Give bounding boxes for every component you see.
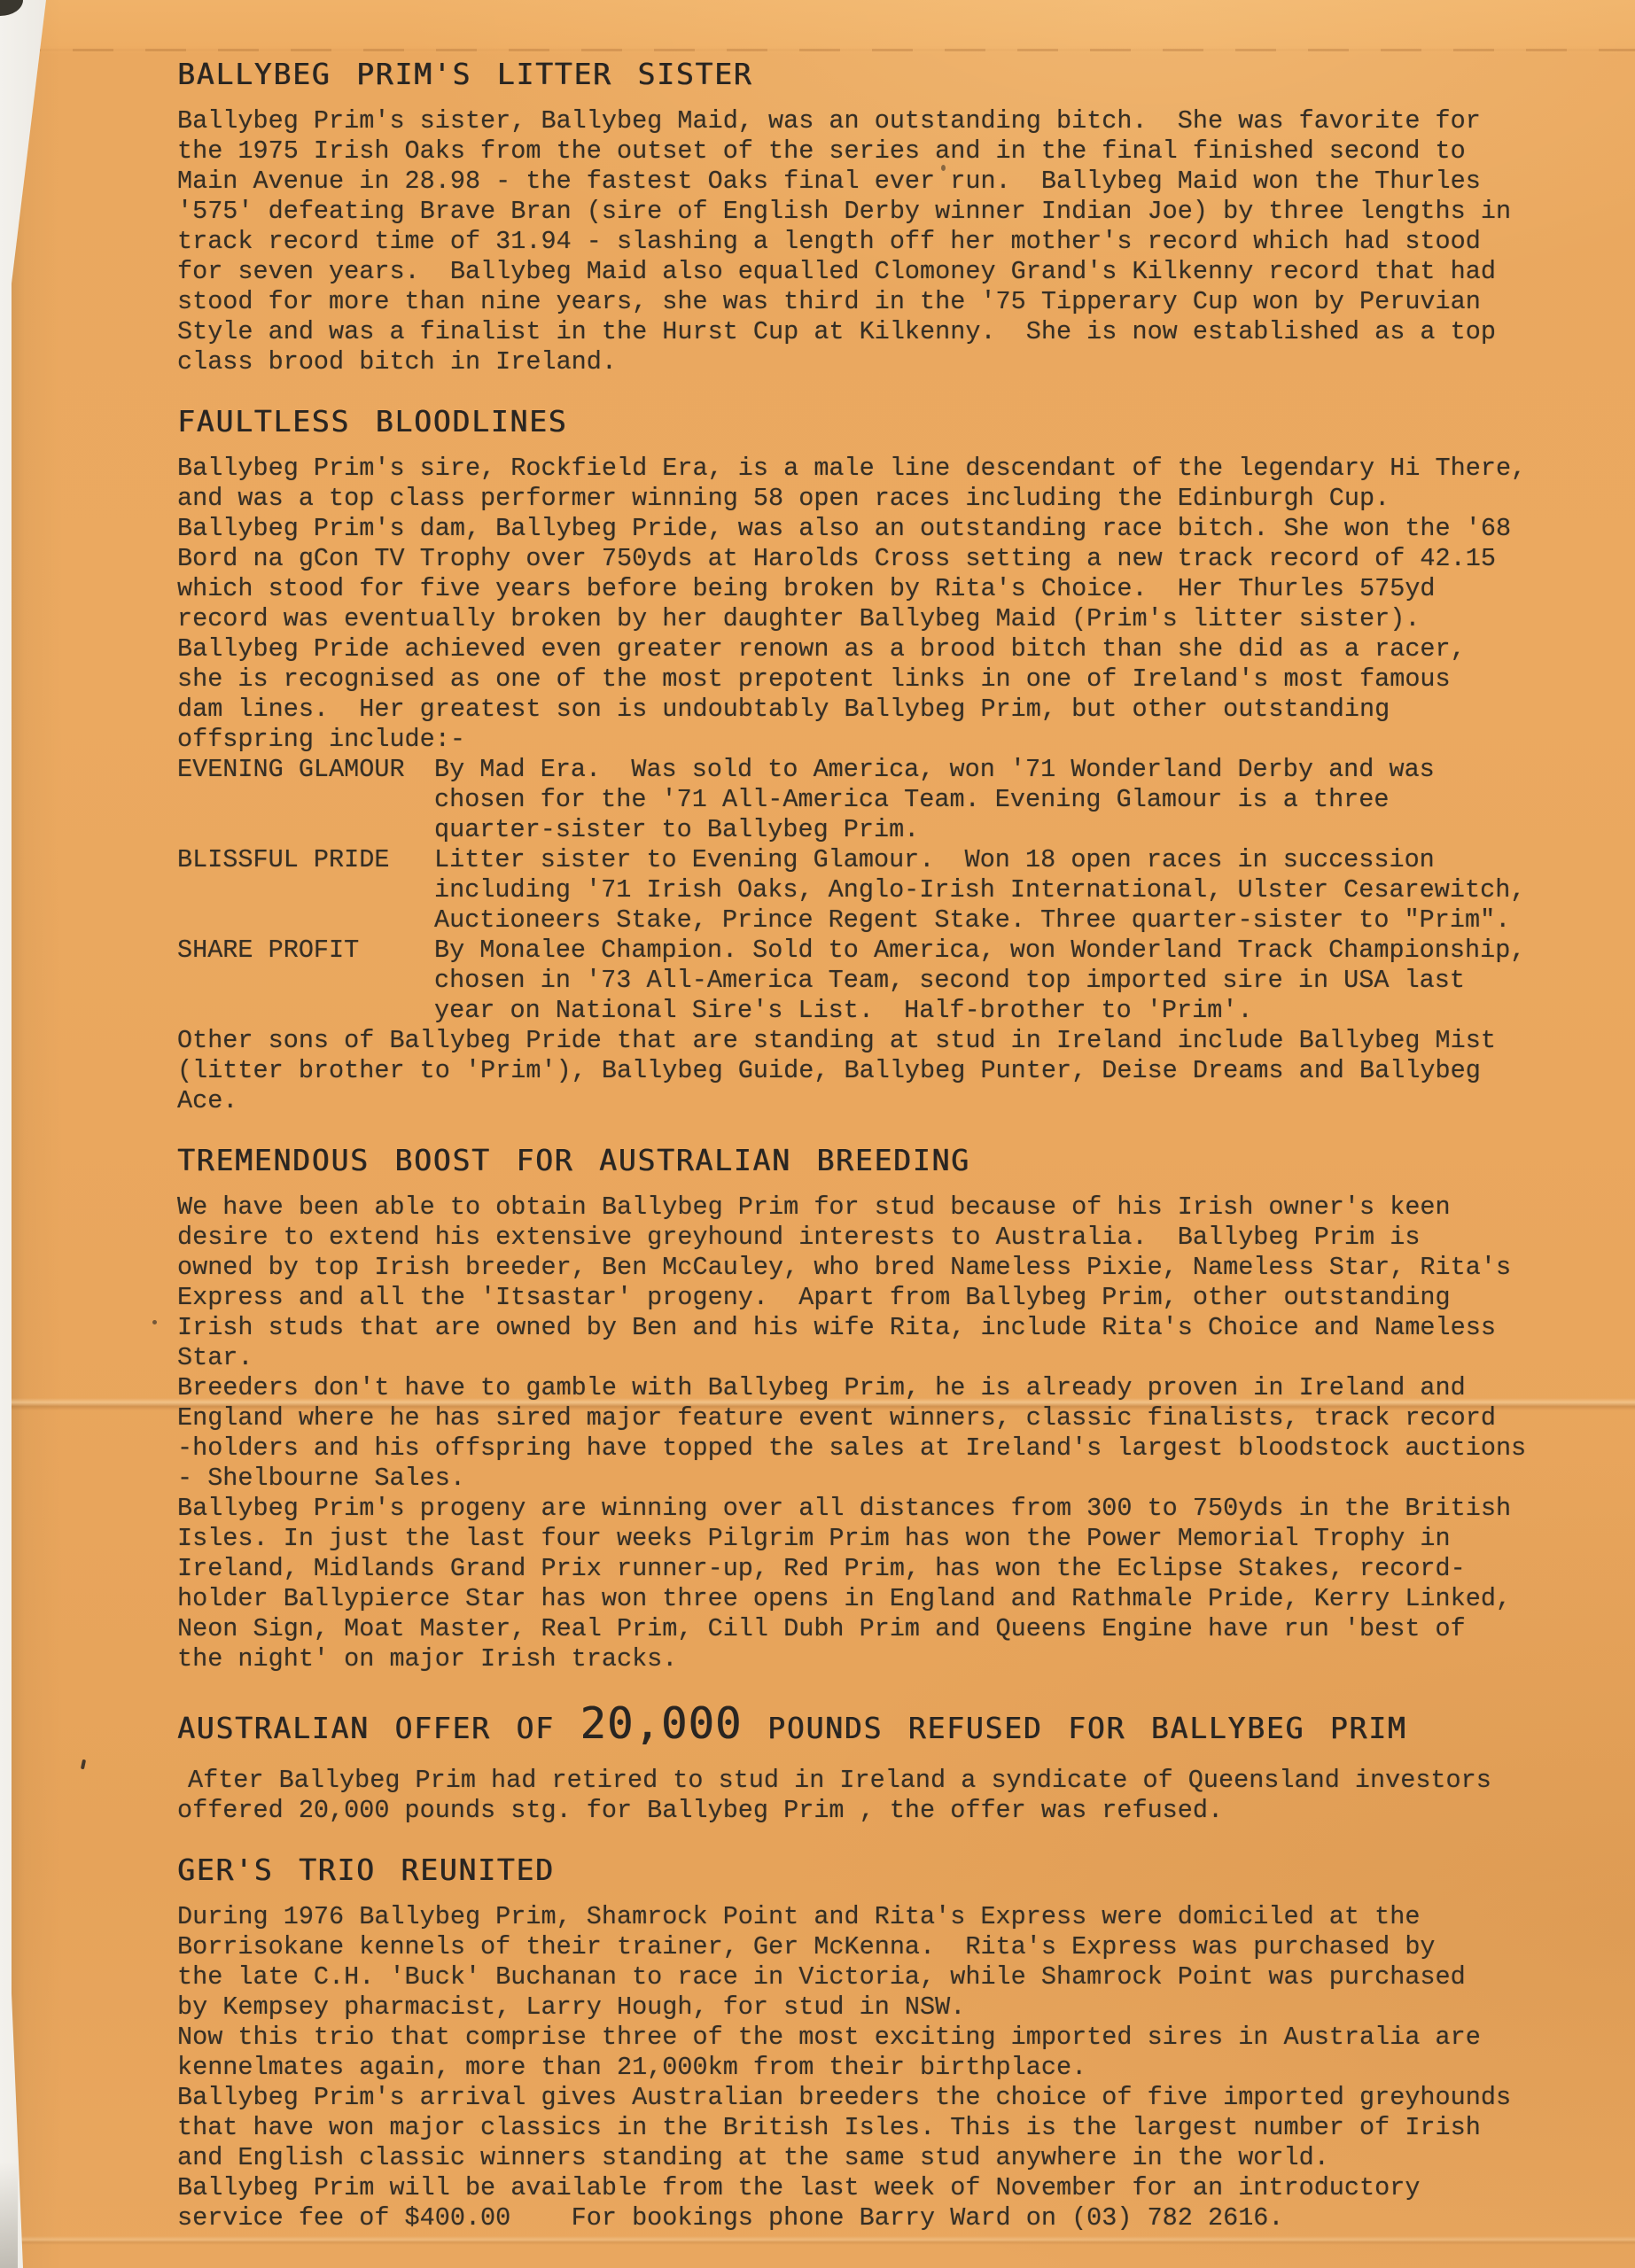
offspring-list: EVENING GLAMOUR By Mad Era. Was sold to … xyxy=(177,755,1600,1026)
body-paragraph: During 1976 Ballybeg Prim, Shamrock Poin… xyxy=(177,1902,1600,2023)
section-heading-bloodlines: FAULTLESS BLOODLINES xyxy=(177,404,1600,439)
body-paragraph: Ballybeg Prim's sire, Rockfield Era, is … xyxy=(177,454,1600,755)
body-paragraph: We have been able to obtain Ballybeg Pri… xyxy=(177,1192,1600,1373)
offspring-definition: Litter sister to Evening Glamour. Won 18… xyxy=(434,845,1600,936)
heading-amount: 20,000 xyxy=(580,1698,742,1749)
section-heading-offer-refused: AUSTRALIAN OFFER OF 20,000 POUNDS REFUSE… xyxy=(177,1701,1600,1751)
offspring-term: BLISSFUL PRIDE xyxy=(177,845,434,936)
section-heading-trio-reunited: GER'S TRIO REUNITED xyxy=(177,1852,1600,1888)
heading-text-prefix: AUSTRALIAN OFFER OF xyxy=(177,1711,580,1745)
offspring-term: EVENING GLAMOUR xyxy=(177,755,434,845)
paper-sheet: BALLYBEG PRIM'S LITTER SISTER Ballybeg P… xyxy=(0,0,1635,2268)
offspring-definition: By Monalee Champion. Sold to America, wo… xyxy=(434,936,1600,1026)
body-paragraph: After Ballybeg Prim had retired to stud … xyxy=(177,1766,1600,1826)
section-heading-litter-sister: BALLYBEG PRIM'S LITTER SISTER xyxy=(177,57,1600,92)
body-paragraph: Ballybeg Prim will be available from the… xyxy=(177,2173,1600,2233)
body-paragraph: Ballybeg Prim's arrival gives Australian… xyxy=(177,2083,1600,2173)
section-heading-australian-breeding: TREMENDOUS BOOST FOR AUSTRALIAN BREEDING xyxy=(177,1143,1600,1178)
body-paragraph: Ballybeg Prim's sister, Ballybeg Maid, w… xyxy=(177,106,1600,377)
heading-text-suffix: POUNDS REFUSED FOR BALLYBEG PRIM xyxy=(742,1711,1406,1745)
body-paragraph: Other sons of Ballybeg Pride that are st… xyxy=(177,1026,1600,1116)
typewritten-content: BALLYBEG PRIM'S LITTER SISTER Ballybeg P… xyxy=(0,0,1635,2268)
offspring-term: SHARE PROFIT xyxy=(177,936,434,1026)
body-paragraph: Now this trio that comprise three of the… xyxy=(177,2023,1600,2083)
scanner-edge-shadow xyxy=(0,2162,18,2268)
offspring-definition: By Mad Era. Was sold to America, won '71… xyxy=(434,755,1600,845)
body-paragraph: Ballybeg Prim's progeny are winning over… xyxy=(177,1494,1600,1674)
body-paragraph: Breeders don't have to gamble with Bally… xyxy=(177,1373,1600,1494)
